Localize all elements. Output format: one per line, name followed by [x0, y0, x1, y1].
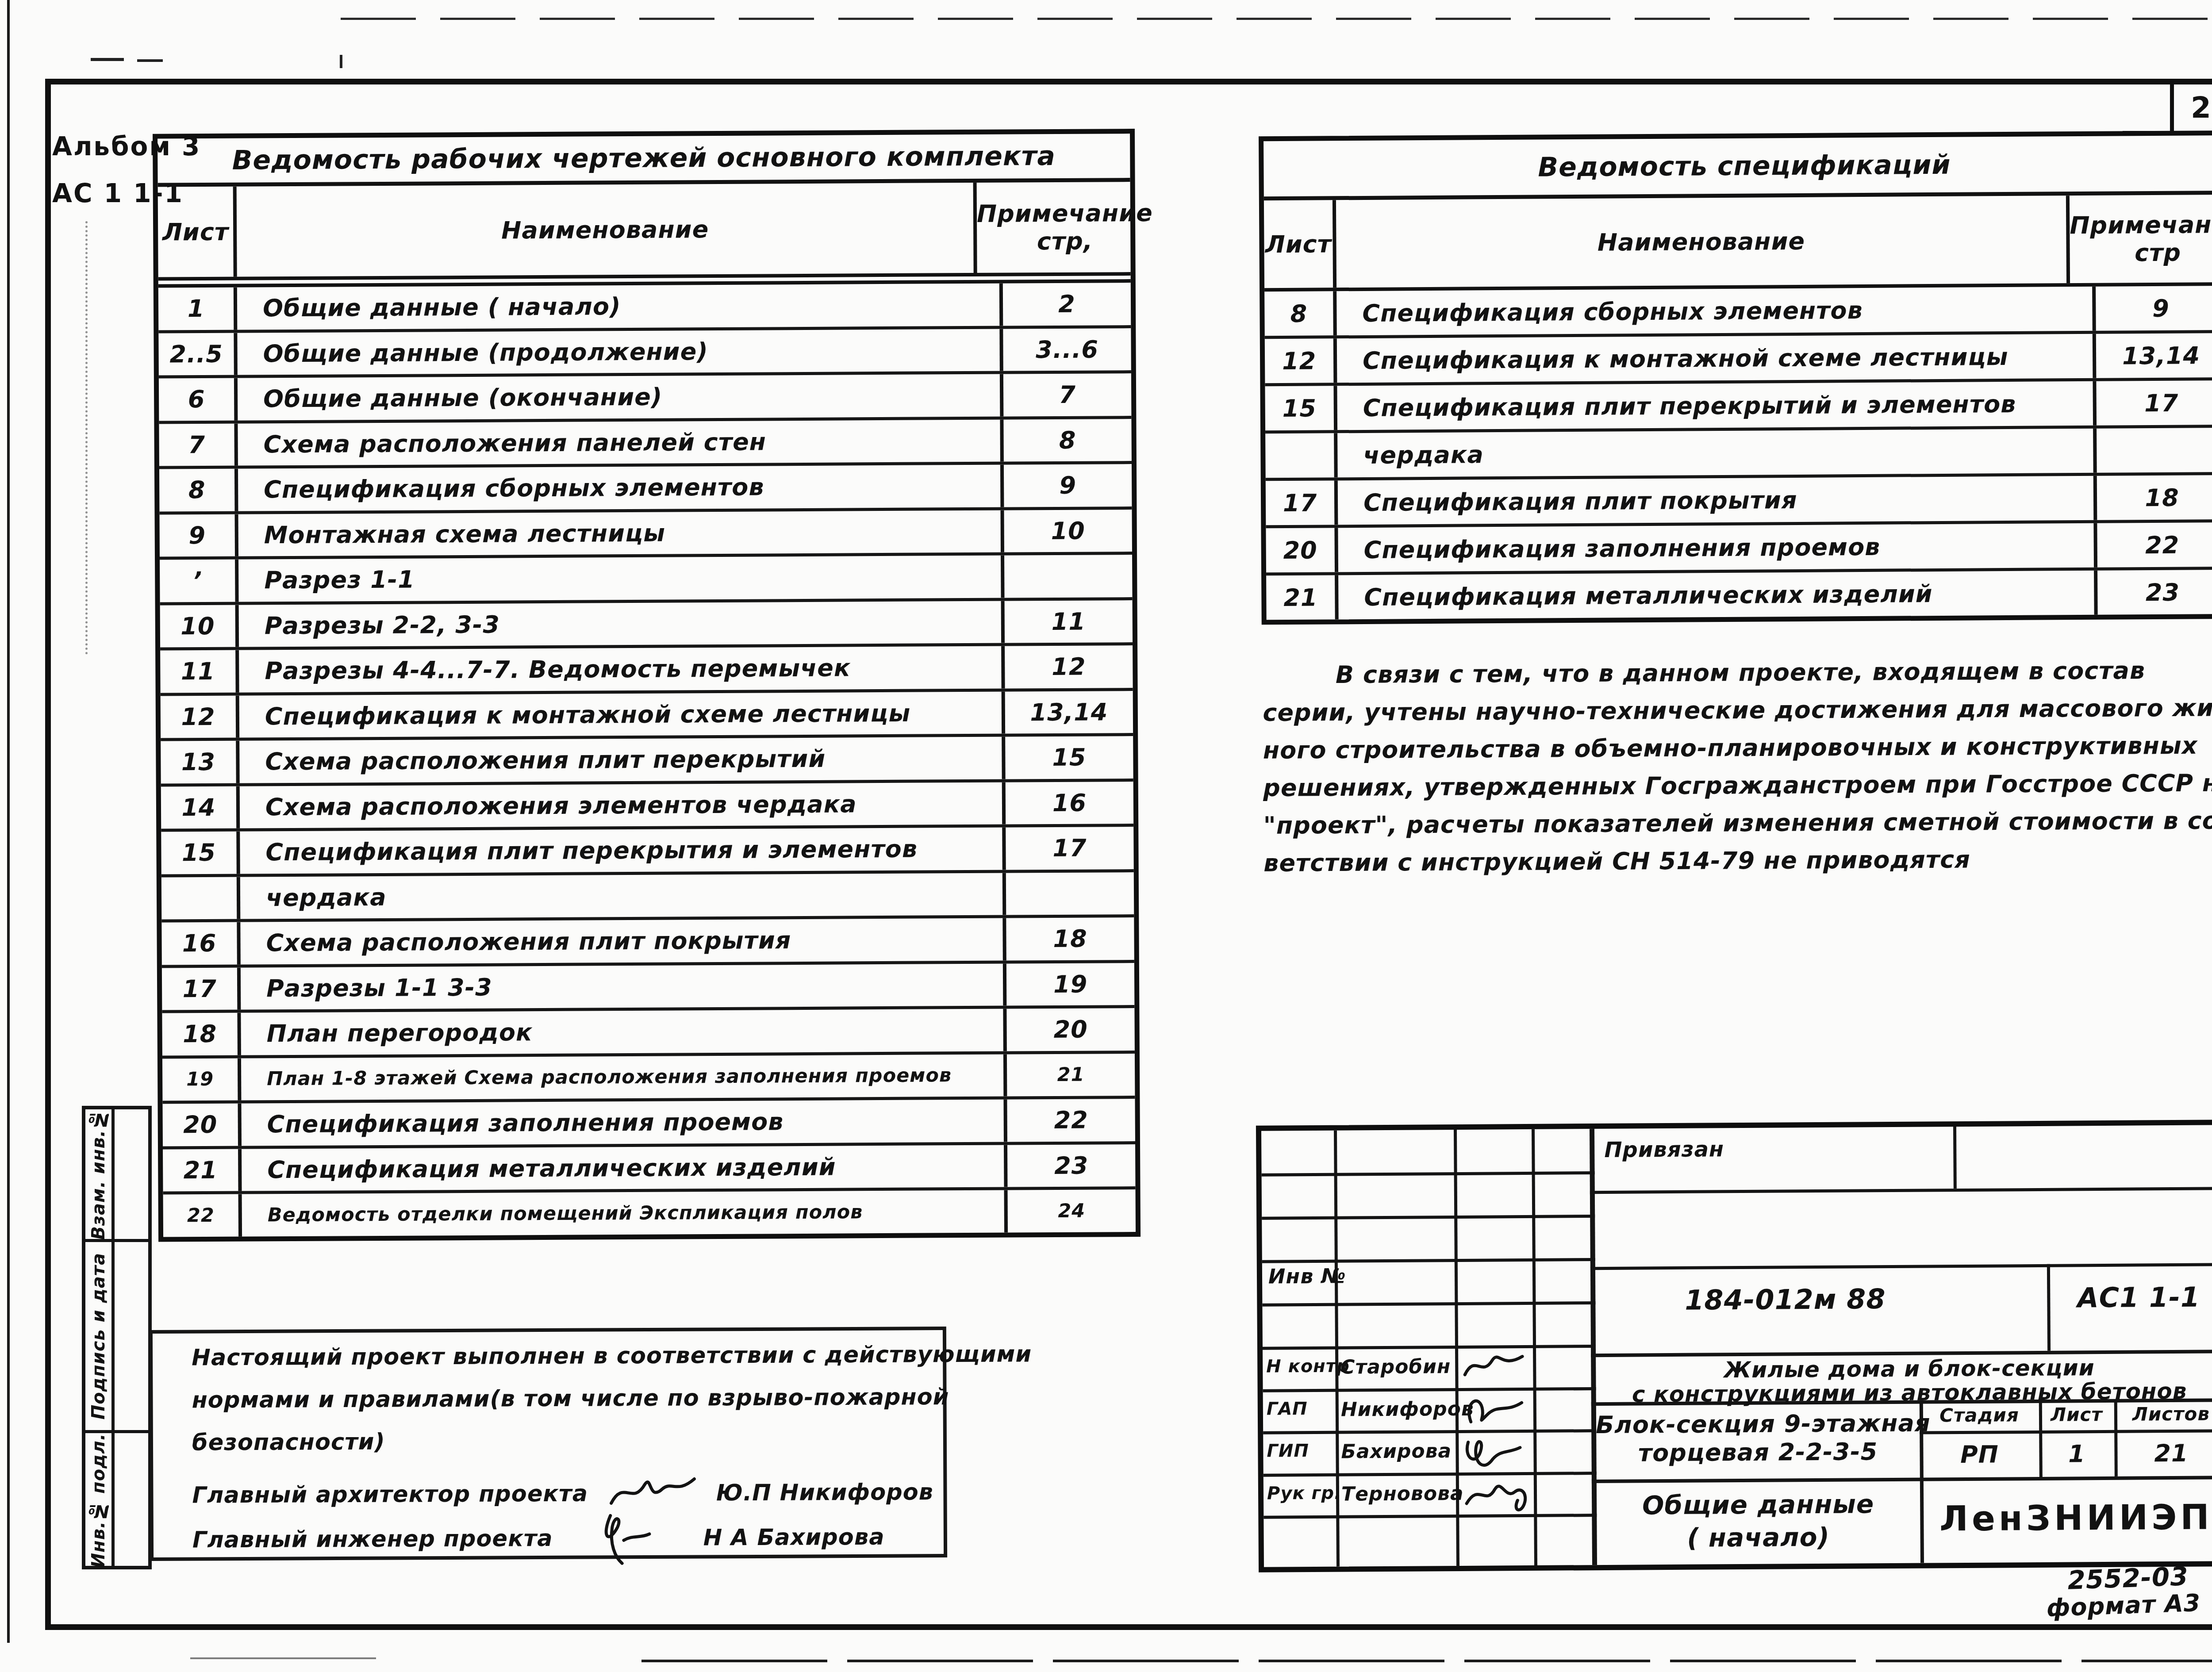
note-cell: 8 — [1003, 419, 1131, 462]
name-cell: чердака — [1337, 429, 2097, 477]
table-row: 17Спецификация плит покрытия18 — [1266, 475, 2212, 528]
name-cell: Ведомость отделки помещений Экспликация … — [242, 1190, 1008, 1237]
table-row: 17Разрезы 1-1 3-319 — [162, 963, 1135, 1013]
note-cell: 19 — [1006, 963, 1134, 1006]
table-row: 9Монтажная схема лестницы10 — [160, 510, 1133, 560]
scan-bottom-line — [641, 1660, 2212, 1662]
working-drawings-register: Ведомость рабочих чертежей основного ком… — [153, 129, 1141, 1242]
signature-icon — [1461, 1430, 1528, 1473]
sheet-label: Лист — [2039, 1404, 2114, 1426]
sheet-cell: 15 — [161, 832, 240, 874]
signer-name: Старобин — [1340, 1355, 1453, 1379]
note-cell: 2 — [1003, 283, 1131, 326]
note-cell: 10 — [1004, 510, 1132, 552]
table-row: ’Разрез 1-1 — [160, 555, 1133, 605]
header-sheet: Лист — [1264, 200, 1336, 288]
name-cell: Разрез 1-1 — [238, 556, 1004, 602]
sheet-value: 1 — [2039, 1440, 2114, 1468]
table-title: Ведомость рабочих чертежей основного ком… — [157, 134, 1130, 183]
name-cell: Схема расположения плит перекрытий — [239, 737, 1005, 783]
note-cell — [1006, 872, 1134, 915]
note-cell — [2097, 428, 2212, 473]
table-title: Ведомость спецификаций — [1263, 135, 2212, 196]
table-row: 12Спецификация к монтажной схеме лестниц… — [161, 691, 1133, 741]
notes-line: нормами и правилами(в том числе по взрыв… — [192, 1384, 949, 1413]
signer-role: ГИП — [1267, 1441, 1334, 1461]
note-cell: 11 — [1005, 600, 1133, 643]
table-row: 7Схема расположения панелей стен8 — [159, 419, 1132, 469]
sheet-cell: 22 — [163, 1194, 242, 1237]
table-row: 10Разрезы 2-2, 3-311 — [160, 600, 1133, 651]
table-header: Лист Наименование Примечание стр, — [158, 178, 1131, 281]
note-cell: 23 — [2097, 570, 2212, 615]
header-note: Примечание стр, — [977, 182, 1153, 273]
signature-icon — [1461, 1346, 1528, 1389]
header-note: Примечание стр — [2070, 195, 2212, 283]
paragraph-line: ветствии с инструкцией СН 514-79 не прив… — [1263, 839, 2212, 882]
sheet-cell: 1 — [158, 288, 237, 330]
sheet-cell: 14 — [161, 786, 240, 828]
sheet-cell: ’ — [160, 560, 238, 602]
name-cell: Спецификация плит перекрытия и элементов — [240, 828, 1006, 874]
header-sheet: Лист — [158, 187, 237, 277]
table-row: чердака — [161, 872, 1134, 923]
stage-value: РП — [1920, 1440, 2039, 1469]
note-cell: 3...6 — [1003, 328, 1131, 371]
note-cell: 9 — [1004, 464, 1132, 507]
sheet-cell: 10 — [160, 605, 239, 647]
note-paragraph: В связи с тем, что в данном проекте, вхо… — [1263, 651, 2212, 882]
table-row: 2..5Общие данные (продолжение)3...6 — [158, 328, 1131, 379]
note-cell: 16 — [1006, 782, 1133, 824]
note-cell: 15 — [1005, 736, 1133, 779]
paragraph-line: ного строительства в объемно-планировочн… — [1263, 726, 2212, 769]
note-cell: 12 — [1005, 645, 1133, 688]
sheet-cell: 8 — [159, 469, 238, 511]
name-cell: Спецификация плит покрытия — [1338, 476, 2097, 525]
name-cell: Спецификация сборных элементов — [238, 465, 1004, 511]
note-cell: 13,14 — [1005, 691, 1133, 734]
strip-cell-podpis: Подпись и дата — [85, 1242, 115, 1433]
name-cell: План 1-8 этажей Схема расположения запол… — [241, 1054, 1007, 1101]
sheet-cell: 2..5 — [158, 333, 237, 375]
name-cell: Спецификация заполнения проемов — [1338, 523, 2097, 572]
table-row: 20Спецификация заполнения проемов22 — [162, 1099, 1135, 1149]
table-row: 8Спецификация сборных элементов9 — [159, 464, 1132, 514]
table-row: 15Спецификация плит перекрытия и элемент… — [161, 827, 1134, 877]
name-cell: Спецификация плит перекрытий и элементов — [1337, 381, 2097, 430]
note-cell — [1004, 555, 1132, 598]
scan-dash — [91, 58, 124, 61]
name-cell: Спецификация заполнения проемов — [241, 1100, 1007, 1146]
table-row: 21Спецификация металлических изделий23 — [1266, 570, 2212, 620]
table-row: 20Спецификация заполнения проемов22 — [1266, 522, 2212, 575]
sheet-cell: 17 — [1266, 480, 1338, 525]
name-cell: Спецификация металлических изделий — [1338, 571, 2098, 619]
note-cell: 17 — [2096, 380, 2212, 426]
note-cell: 18 — [2097, 475, 2212, 520]
specifications-register: Ведомость спецификаций Лист Наименование… — [1259, 130, 2212, 625]
note-cell: 13,14 — [2096, 333, 2212, 378]
page-number-box: 2 — [2170, 84, 2212, 135]
table-row: 8Спецификация сборных элементов9 — [1264, 286, 2212, 339]
inventory-label: Инв № — [1268, 1264, 1346, 1289]
strip-cell-empty — [115, 1242, 148, 1433]
stage-label: Стадия — [1920, 1404, 2039, 1427]
sheet-cell — [1265, 433, 1338, 478]
name-cell: Разрезы 1-1 3-3 — [241, 963, 1006, 1010]
sheet-cell — [161, 877, 240, 919]
signer-role: Н контр — [1266, 1356, 1333, 1377]
sheet-cell: 6 — [159, 378, 238, 421]
sheet-cell: 9 — [160, 514, 238, 556]
note-cell: 18 — [1006, 917, 1134, 960]
sheets-value: 21 — [2114, 1439, 2212, 1468]
strip-cell-empty — [115, 1109, 148, 1242]
note-cell: 7 — [1003, 373, 1131, 416]
organization-name: ЛенЗНИИЭП — [1924, 1497, 2212, 1539]
name-cell: Монтажная схема лестницы — [238, 510, 1004, 556]
sheet-cell: 19 — [162, 1058, 241, 1101]
name-cell: чердака — [240, 873, 1006, 919]
table-row: 16Схема расположения плит покрытия18 — [161, 917, 1134, 968]
name-cell: Спецификация металлических изделий — [242, 1145, 1007, 1191]
table-row: 13Схема расположения плит перекрытий15 — [161, 736, 1133, 786]
name-cell: Спецификация сборных элементов — [1336, 287, 2096, 335]
header-name: Наименование — [1336, 196, 2070, 288]
signer-role: Рук гр. — [1267, 1483, 1334, 1503]
doc-code: АС1 1-1 — [2050, 1281, 2212, 1314]
sheet-cell: 8 — [1264, 291, 1337, 336]
sheet-cell: 17 — [162, 967, 241, 1010]
signer-name: Н А Бахирова — [703, 1524, 885, 1551]
signature-icon — [1461, 1388, 1528, 1431]
table-header: Лист Наименование Примечание стр — [1264, 191, 2212, 291]
left-margin-strip: Взам. инв.№ Подпись и дата Инв.№ подл. — [82, 1106, 152, 1569]
table-row: 22Ведомость отделки помещений Экспликаци… — [163, 1189, 1136, 1237]
name-cell: Схема расположения панелей стен — [238, 419, 1003, 466]
note-cell: 9 — [2096, 286, 2212, 331]
scan-top-line — [341, 18, 2212, 20]
name-cell: Спецификация к монтажной схеме лестницы — [1337, 334, 2097, 383]
note-cell: 21 — [1007, 1054, 1135, 1097]
table-row: 11Разрезы 4-4...7-7. Ведомость перемычек… — [160, 645, 1133, 696]
scan-tick — [340, 55, 342, 68]
paragraph-line: "проект", расчеты показателей изменения … — [1263, 801, 2212, 844]
name-cell: Общие данные (продолжение) — [237, 329, 1003, 375]
approved-note: Привязан — [1604, 1137, 1724, 1162]
sheet-cell: 12 — [161, 695, 239, 738]
table-row: 18План перегородок20 — [162, 1008, 1135, 1058]
scan-bottom-line-2 — [190, 1657, 376, 1659]
page-number: 2 — [2191, 91, 2211, 125]
note-cell: 22 — [2097, 522, 2212, 568]
table-row: 15Спецификация плит перекрытий и элемент… — [1265, 380, 2212, 433]
scan-edge-line — [7, 0, 10, 1643]
note-cell: 17 — [1006, 827, 1133, 870]
table-body: 8Спецификация сборных элементов912Специф… — [1264, 286, 2212, 620]
sheet-cell: 15 — [1265, 386, 1337, 430]
note-cell: 24 — [1008, 1189, 1136, 1232]
table-row: 21Спецификация металлических изделий23 — [163, 1144, 1136, 1195]
signer-name: Бахирова — [1341, 1440, 1454, 1463]
table-row: 12Спецификация к монтажной схеме лестниц… — [1265, 333, 2212, 386]
sheet-cell: 16 — [161, 922, 240, 965]
doc-number: 184-012м 88 — [1595, 1282, 1975, 1317]
notes-line: безопасности) — [192, 1429, 385, 1456]
object-line2: торцевая 2-2-3-5 — [1596, 1438, 1920, 1467]
signer-role: ГАП — [1267, 1398, 1334, 1419]
strip-cell-empty — [115, 1433, 148, 1568]
signature-icon — [597, 1509, 686, 1567]
sheet-cell: 18 — [162, 1013, 241, 1055]
name-cell: Схема расположения элементов чердака — [240, 782, 1006, 828]
table-row: чердака — [1265, 428, 2212, 481]
table-row: 1Общие данные ( начало)2 — [158, 283, 1131, 333]
strip-cell-vzam: Взам. инв.№ — [85, 1109, 115, 1242]
paragraph-line: В связи с тем, что в данном проекте, вхо… — [1263, 651, 2212, 694]
name-cell: План перегородок — [241, 1009, 1006, 1055]
paragraph-line: серии, учтены научно-технические достиже… — [1263, 689, 2212, 732]
name-cell: Общие данные ( начало) — [237, 284, 1003, 330]
sheet-title-line2: ( начало) — [1596, 1522, 1920, 1553]
note-cell: 22 — [1007, 1099, 1135, 1142]
sheet-cell: 11 — [160, 650, 239, 693]
sheet-cell: 7 — [159, 423, 238, 466]
sheet-cell: 12 — [1265, 338, 1337, 383]
object-line1: Блок-секция 9-этажная — [1596, 1409, 1920, 1439]
paragraph-line: решениях, утвержденных Госгражданстроем … — [1263, 764, 2212, 807]
signer-name: Никифоров — [1341, 1398, 1454, 1421]
signer-role: Главный архитектор проекта — [192, 1480, 588, 1508]
signer-name: Терновова — [1341, 1482, 1454, 1506]
signer-name: Ю.П Никифоров — [716, 1479, 933, 1506]
header-name: Наименование — [237, 183, 977, 277]
strip-cell-inv: Инв.№ подл. — [85, 1433, 115, 1568]
name-cell: Разрезы 4-4...7-7. Ведомость перемычек — [239, 646, 1005, 693]
sheet-cell: 21 — [1266, 575, 1339, 620]
sheet-cell: 21 — [163, 1149, 242, 1191]
signature-icon — [1462, 1473, 1528, 1516]
table-row: 19План 1-8 этажей Схема расположения зап… — [162, 1054, 1135, 1104]
sheet-cell: 13 — [161, 741, 239, 783]
scan-dash — [137, 59, 163, 62]
notes-line: Настоящий проект выполнен в соответствии… — [192, 1341, 1032, 1371]
sheet-title-line1: Общие данные — [1596, 1489, 1920, 1521]
table-row: 14Схема расположения элементов чердака16 — [161, 782, 1134, 832]
titleblock-signers — [1261, 1125, 2212, 1131]
scanned-drawing-sheet: 2 Альбом 3 АС 1 1-1 Взам. инв.№ Подпись … — [0, 0, 2212, 1672]
name-cell: Спецификация к монтажной схеме лестницы — [239, 691, 1005, 738]
sheet-cell: 20 — [162, 1104, 241, 1146]
sheets-label: Листов — [2114, 1403, 2212, 1425]
note-cell: 23 — [1007, 1144, 1135, 1187]
sheet-cell: 20 — [1266, 528, 1338, 572]
name-cell: Общие данные (окончание) — [238, 374, 1003, 421]
signer-role: Главный инженер проекта — [192, 1525, 553, 1553]
note-cell: 20 — [1006, 1008, 1134, 1051]
table-row: 6Общие данные (окончание)7 — [159, 373, 1132, 424]
name-cell: Разрезы 2-2, 3-3 — [239, 601, 1005, 647]
table-body: 1Общие данные ( начало)22..5Общие данные… — [158, 283, 1136, 1237]
title-block: Привязан Инв № 184-012м 88 АС1 1-1 Жилые… — [1256, 1120, 2212, 1572]
compliance-notes-box: Настоящий проект выполнен в соответствии… — [149, 1327, 947, 1561]
name-cell: Схема расположения плит покрытия — [240, 918, 1006, 965]
